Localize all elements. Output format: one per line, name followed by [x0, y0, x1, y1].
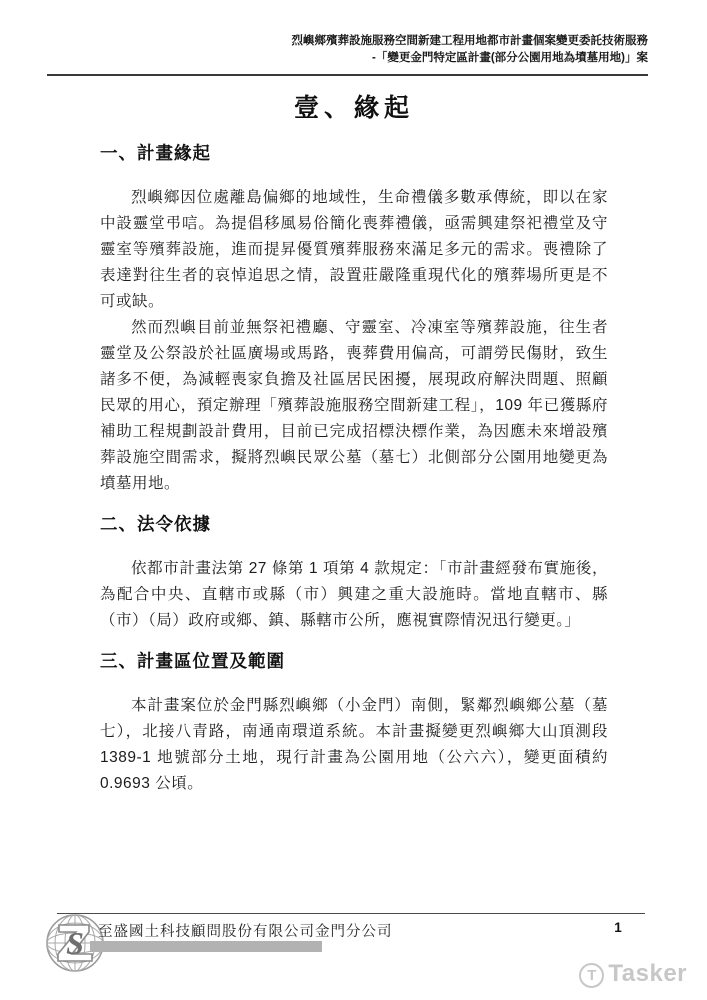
section-heading-location-scope: 三、計畫區位置及範圍	[100, 649, 608, 673]
tasker-watermark: T Tasker	[579, 960, 687, 988]
section-heading-origin: 一、計畫緣起	[100, 141, 608, 165]
paragraph: 依都市計畫法第 27 條第 1 項第 4 款規定：「市計畫經發布實施後，為配合中…	[100, 556, 608, 634]
logo-monogram-letter: S	[66, 925, 84, 961]
watermark-label: Tasker	[608, 960, 687, 988]
paragraph: 烈嶼鄉因位處離島偏鄉的地域性，生命禮儀多數承傳統，即以在家中設靈堂弔唁。為提倡移…	[100, 185, 608, 315]
document-page: 烈嶼鄉殯葬設施服務空間新建工程用地都市計畫個案變更委託技術服務 -「變更金門特定…	[0, 0, 707, 1000]
footer-accent-bar	[90, 941, 322, 952]
footer-divider	[57, 913, 645, 914]
section-heading-legal-basis: 二、法令依據	[100, 512, 608, 536]
paragraph: 然而烈嶼目前並無祭祀禮廳、守靈室、冷凍室等殯葬設施，往生者靈堂及公祭設於社區廣場…	[100, 315, 608, 497]
paragraph: 本計畫案位於金門縣烈嶼鄉（小金門）南側，緊鄰烈嶼鄉公墓（墓七），北接八青路，南通…	[100, 693, 608, 797]
tasker-logo-icon: T	[579, 963, 604, 988]
header-line-2: -「變更金門特定區計畫(部分公園用地為墳墓用地)」案	[47, 50, 648, 67]
footer-company-name: 至盛國土科技顧問股份有限公司金門分公司	[98, 920, 393, 941]
chapter-title: 壹、緣起	[100, 90, 608, 126]
page-header: 烈嶼鄉殯葬設施服務空間新建工程用地都市計畫個案變更委託技術服務 -「變更金門特定…	[47, 33, 648, 76]
page-number: 1	[608, 920, 628, 935]
header-line-1: 烈嶼鄉殯葬設施服務空間新建工程用地都市計畫個案變更委託技術服務	[47, 33, 648, 50]
document-body: 壹、緣起 一、計畫緣起 烈嶼鄉因位處離島偏鄉的地域性，生命禮儀多數承傳統，即以在…	[100, 90, 608, 797]
